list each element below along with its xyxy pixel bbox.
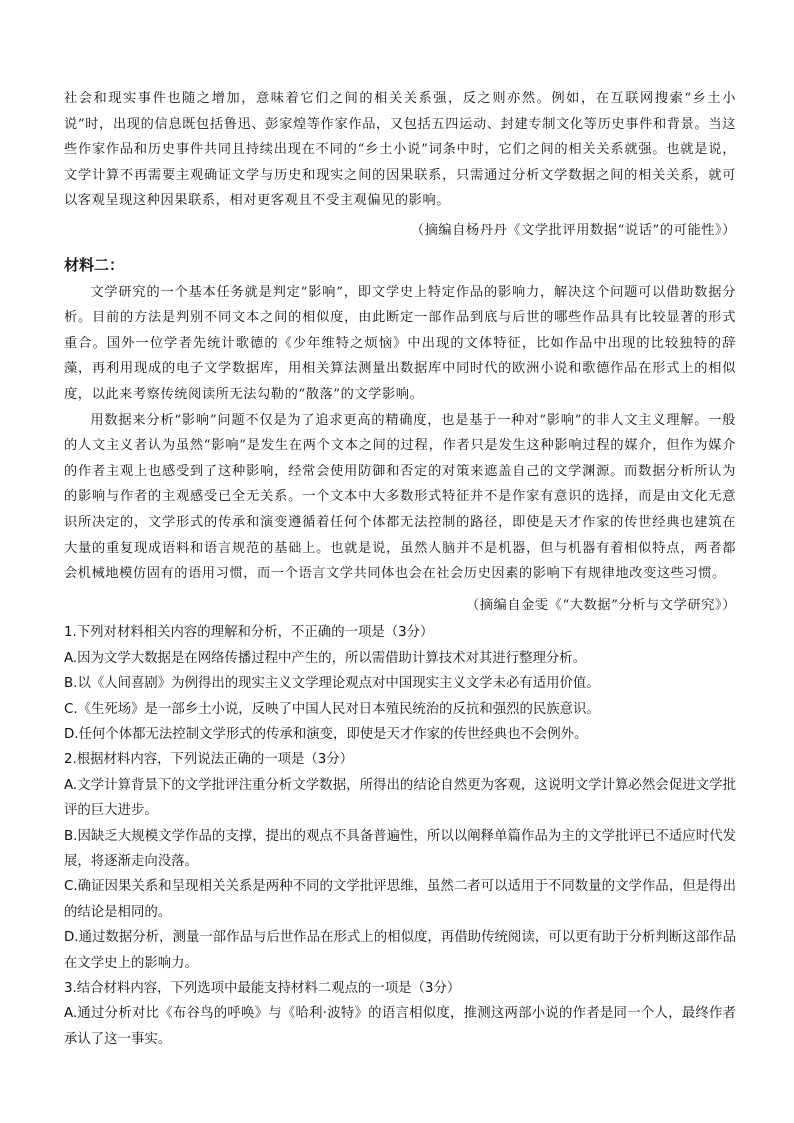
material-two-heading: 材料二： [64,254,736,276]
question-stem: 1.下列对材料相关内容的理解和分析，不正确的一项是（3分） [64,620,736,645]
material-two-paragraph-1: 文学研究的一个基本任务就是判定“影响”，即文学史上特定作品的影响力，解决这个问题… [64,280,736,408]
option-b: B.因缺乏大规模文学作品的支撑，提出的观点不具备普遍性，所以以阐释单篇作品为主的… [64,824,736,875]
option-c: C.确证因果关系和呈现相关关系是两种不同的文学批评思维，虽然二者可以适用于不同数… [64,874,736,925]
question-1: 1.下列对材料相关内容的理解和分析，不正确的一项是（3分） A.因为文学大数据是… [64,620,736,747]
material-one-tail: 社会和现实事件也随之增加，意味着它们之间的相关关系强，反之则亦然。例如，在互联网… [64,86,736,244]
question-3: 3.结合材料内容，下列选项中最能支持材料二观点的一项是（3分） A.通过分析对比… [64,976,736,1052]
question-stem: 2.根据材料内容，下列说法正确的一项是（3分） [64,747,736,772]
material-two-paragraph-2: 用数据来分析“影响”问题不仅是为了追求更高的精确度，也是基于一种对“影响”的非人… [64,408,736,587]
option-d: D.通过数据分析，测量一部作品与后世作品在形式上的相似度，再借助传统阅读，可以更… [64,925,736,976]
material-two-citation: （摘编自金雯《“大数据”分析与文学研究》） [64,593,736,619]
question-stem: 3.结合材料内容，下列选项中最能支持材料二观点的一项是（3分） [64,976,736,1001]
question-2: 2.根据材料内容，下列说法正确的一项是（3分） A.文学计算背景下的文学批评注重… [64,747,736,976]
material-one-paragraph: 社会和现实事件也随之增加，意味着它们之间的相关关系强，反之则亦然。例如，在互联网… [64,86,736,214]
material-one-citation: （摘编自杨丹丹《文学批评用数据“说话”的可能性》） [64,218,736,244]
option-c: C.《生死场》是一部乡土小说，反映了中国人民对日本殖民统治的反抗和强烈的民族意识… [64,697,736,722]
material-two: 材料二： 文学研究的一个基本任务就是判定“影响”，即文学史上特定作品的影响力，解… [64,254,736,619]
document-page: 社会和现实事件也随之增加，意味着它们之间的相关关系强，反之则亦然。例如，在互联网… [64,86,736,1052]
option-d: D.任何个体都无法控制文学形式的传承和演变，即使是天才作家的传世经典也不会例外。 [64,722,736,747]
option-b: B.以《人间喜剧》为例得出的现实主义文学理论观点对中国现实主义文学未必有适用价值… [64,671,736,696]
option-a: A.文学计算背景下的文学批评注重分析文学数据，所得出的结论自然更为客观，这说明文… [64,773,736,824]
option-a: A.通过分析对比《布谷鸟的呼唤》与《哈利·波特》的语言相似度，推测这两部小说的作… [64,1001,736,1052]
option-a: A.因为文学大数据是在网络传播过程中产生的，所以需借助计算技术对其进行整理分析。 [64,646,736,671]
